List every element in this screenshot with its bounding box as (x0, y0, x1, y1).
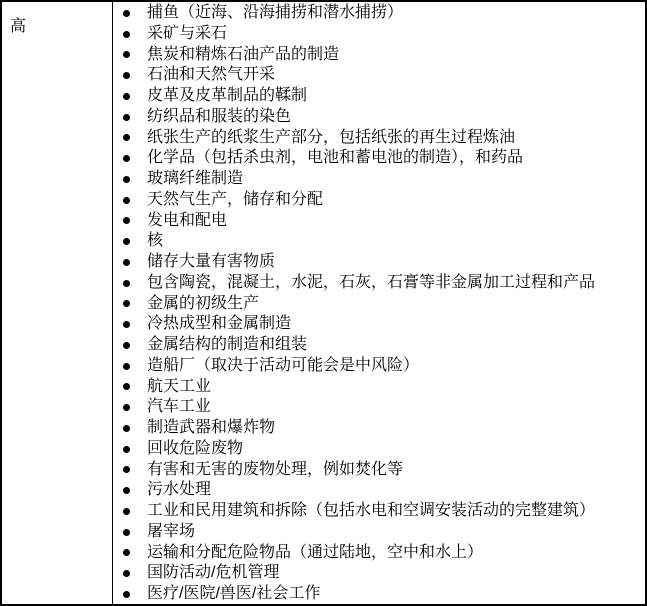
list-item: 制造武器和爆炸物 (123, 418, 645, 439)
list-item: 捕鱼（近海、沿海捕捞和潜水捕捞） (123, 3, 645, 24)
bullet-icon (123, 549, 130, 556)
bullet-icon (123, 31, 130, 38)
activity-text: 石油和天然气开采 (147, 65, 275, 86)
activity-text: 捕鱼（近海、沿海捕捞和潜水捕捞） (147, 3, 403, 24)
bullet-icon (123, 176, 130, 183)
bullet-icon (123, 529, 130, 536)
bullet-icon (123, 363, 130, 370)
list-item: 航天工业 (123, 377, 645, 398)
activity-text: 发电和配电 (147, 211, 227, 232)
list-item: 屠宰场 (123, 522, 645, 543)
list-item: 天然气生产，储存和分配 (123, 190, 645, 211)
bullet-icon (123, 10, 130, 17)
list-item: 冷热成型和金属制造 (123, 314, 645, 335)
list-item: 纸张生产的纸浆生产部分，包括纸张的再生过程炼油 (123, 128, 645, 149)
activity-text: 储存大量有害物质 (147, 252, 275, 273)
bullet-icon (123, 93, 130, 100)
activity-text: 采矿与采石 (147, 24, 227, 45)
activity-text: 金属结构的制造和组装 (147, 335, 307, 356)
list-item: 汽车工业 (123, 397, 645, 418)
list-item: 核 (123, 231, 645, 252)
bullet-icon (123, 383, 130, 390)
bullet-icon (123, 155, 130, 162)
bullet-icon (123, 425, 130, 432)
bullet-icon (123, 238, 130, 245)
bullet-icon (123, 134, 130, 141)
activity-text: 工业和民用建筑和拆除（包括水电和空调安装活动的完整建筑） (147, 501, 595, 522)
risk-table: 高 捕鱼（近海、沿海捕捞和潜水捕捞）采矿与采石焦炭和精炼石油产品的制造石油和天然… (0, 0, 647, 606)
list-item: 皮革及皮革制品的鞣制 (123, 86, 645, 107)
list-item: 运输和分配危险物品（通过陆地，空中和水上） (123, 543, 645, 564)
bullet-icon (123, 404, 130, 411)
activity-text: 造船厂（取决于活动可能会是中风险） (147, 356, 419, 377)
list-item: 发电和配电 (123, 211, 645, 232)
bullet-icon (123, 259, 130, 266)
list-item: 国防活动/危机管理 (123, 563, 645, 584)
list-item: 污水处理 (123, 480, 645, 501)
activity-text: 焦炭和精炼石油产品的制造 (147, 45, 339, 66)
list-item: 化学品（包括杀虫剂，电池和蓄电池的制造），和药品 (123, 148, 645, 169)
list-item: 纺织品和服装的染色 (123, 107, 645, 128)
list-item: 金属结构的制造和组装 (123, 335, 645, 356)
activity-text: 纺织品和服装的染色 (147, 107, 291, 128)
activity-text: 金属的初级生产 (147, 294, 259, 315)
activity-text: 运输和分配危险物品（通过陆地，空中和水上） (147, 543, 483, 564)
activity-text: 核 (147, 231, 163, 252)
list-item: 工业和民用建筑和拆除（包括水电和空调安装活动的完整建筑） (123, 501, 645, 522)
risk-level-label: 高 (10, 17, 26, 37)
activity-text: 纸张生产的纸浆生产部分，包括纸张的再生过程炼油 (147, 128, 515, 149)
list-item: 医疗/医院/兽医/社会工作 (123, 584, 645, 604)
bullet-icon (123, 321, 130, 328)
activity-text: 医疗/医院/兽医/社会工作 (147, 584, 320, 604)
bullet-icon (123, 342, 130, 349)
activity-text: 屠宰场 (147, 522, 195, 543)
activities-list: 捕鱼（近海、沿海捕捞和潜水捕捞）采矿与采石焦炭和精炼石油产品的制造石油和天然气开… (113, 3, 645, 604)
list-item: 有害和无害的废物处理，例如焚化等 (123, 460, 645, 481)
list-item: 回收危险废物 (123, 439, 645, 460)
activity-text: 汽车工业 (147, 397, 211, 418)
activity-text: 玻璃纤维制造 (147, 169, 243, 190)
list-item: 石油和天然气开采 (123, 65, 645, 86)
risk-activities-cell: 捕鱼（近海、沿海捕捞和潜水捕捞）采矿与采石焦炭和精炼石油产品的制造石油和天然气开… (113, 2, 645, 604)
risk-level-cell: 高 (2, 2, 113, 604)
activity-text: 有害和无害的废物处理，例如焚化等 (147, 460, 403, 481)
activity-text: 国防活动/危机管理 (147, 563, 279, 584)
list-item: 玻璃纤维制造 (123, 169, 645, 190)
activity-text: 航天工业 (147, 377, 211, 398)
activity-text: 天然气生产，储存和分配 (147, 190, 323, 211)
bullet-icon (123, 217, 130, 224)
list-item: 包含陶瓷，混凝土，水泥，石灰，石膏等非金属加工过程和产品 (123, 273, 645, 294)
activity-text: 冷热成型和金属制造 (147, 314, 291, 335)
bullet-icon (123, 487, 130, 494)
bullet-icon (123, 508, 130, 515)
activity-text: 化学品（包括杀虫剂，电池和蓄电池的制造），和药品 (147, 148, 523, 169)
bullet-icon (123, 300, 130, 307)
activity-text: 制造武器和爆炸物 (147, 418, 275, 439)
bullet-icon (123, 197, 130, 204)
list-item: 储存大量有害物质 (123, 252, 645, 273)
list-item: 采矿与采石 (123, 24, 645, 45)
list-item: 焦炭和精炼石油产品的制造 (123, 45, 645, 66)
bullet-icon (123, 591, 130, 598)
bullet-icon (123, 51, 130, 58)
activity-text: 污水处理 (147, 480, 211, 501)
bullet-icon (123, 466, 130, 473)
activity-text: 回收危险废物 (147, 439, 243, 460)
list-item: 金属的初级生产 (123, 294, 645, 315)
bullet-icon (123, 446, 130, 453)
list-item: 造船厂（取决于活动可能会是中风险） (123, 356, 645, 377)
bullet-icon (123, 570, 130, 577)
bullet-icon (123, 114, 130, 121)
bullet-icon (123, 280, 130, 287)
activity-text: 皮革及皮革制品的鞣制 (147, 86, 307, 107)
bullet-icon (123, 72, 130, 79)
activity-text: 包含陶瓷，混凝土，水泥，石灰，石膏等非金属加工过程和产品 (147, 273, 595, 294)
